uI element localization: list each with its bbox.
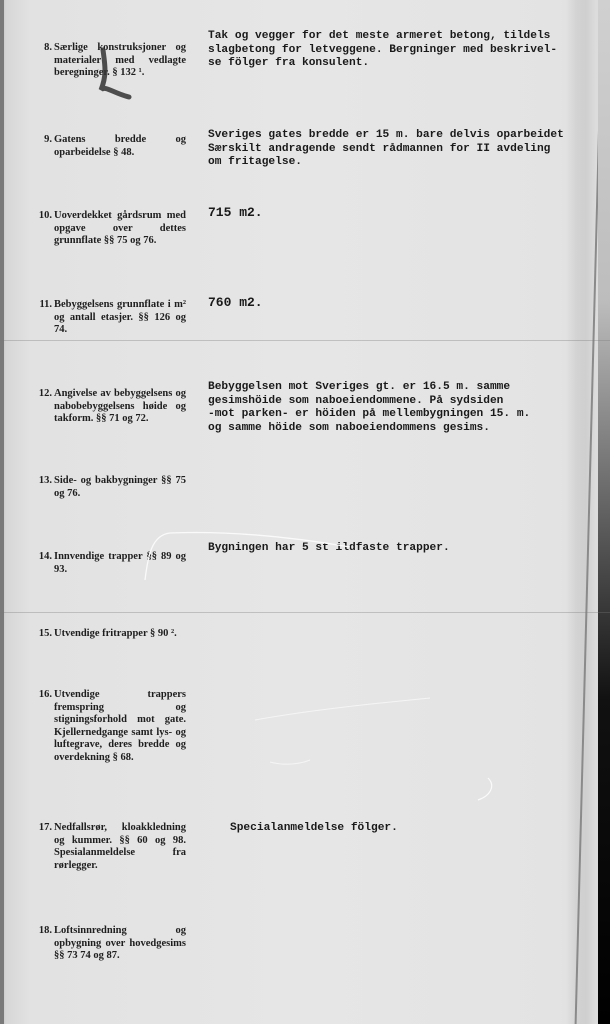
scan-scratch [140,525,360,585]
form-item-answer-10: 715 m2. [208,206,598,220]
form-item-answer-17: Specialanmeldelse fölger. [230,822,610,836]
page-left-edge [0,0,4,1024]
form-item-label-18: 18. Loftsinnredning og opbygning over ho… [36,925,186,963]
form-item-answer-9: Sveriges gates bredde er 15 m. bare delv… [208,129,598,170]
form-item-label-15: 15. Utvendige fritrapper § 90 ². [36,628,186,641]
form-item-answer-11: 760 m2. [208,296,598,310]
form-item-answer-8: Tak og vegger for det meste armeret beto… [208,30,598,71]
faint-rule [0,340,610,341]
scan-scratch [250,690,510,810]
form-item-label-10: 10. Uoverdekket gårdsrum med opgave over… [36,210,186,248]
form-item-label-16: 16. Utvendige trappers fremspring og sti… [36,689,186,764]
document-page: 8. Særlige konstruksjoner og materialer … [0,0,610,1024]
scan-border [598,0,610,1024]
handwritten-mark-icon [95,45,135,105]
form-item-label-17: 17. Nedfallsrør, kloakkledning og kummer… [36,822,186,872]
faint-rule [0,612,610,613]
form-item-answer-12: Bebyggelsen mot Sveriges gt. er 16.5 m. … [208,381,598,435]
form-item-label-12: 12. Angivelse av bebyggelsens og nabobeb… [36,388,186,426]
form-item-label-11: 11. Bebyggelsens grunnflate i m² og anta… [36,299,186,337]
form-item-label-9: 9. Gatens bredde og oparbeidelse § 48. [36,134,186,159]
form-item-label-13: 13. Side- og bakbygninger §§ 75 og 76. [36,475,186,500]
